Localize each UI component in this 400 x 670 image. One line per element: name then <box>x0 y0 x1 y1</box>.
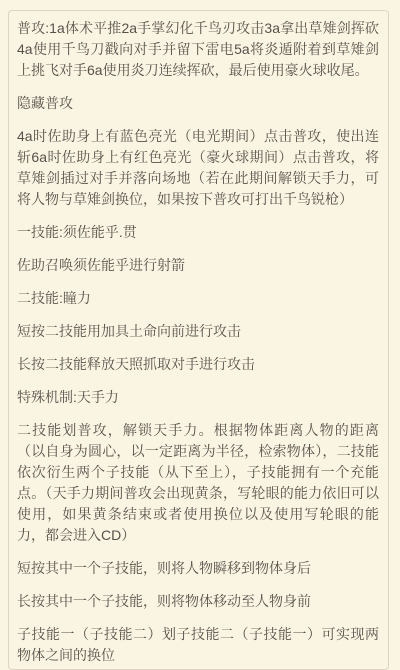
para-hidden-basic-attack-detail: 4a时佐助身上有蓝色亮光（电光期间）点击普攻，使出连斩6a时佐助身上有红色亮光（… <box>17 126 379 210</box>
heading-special-mechanic: 特殊机制:天手力 <box>17 387 379 408</box>
para-basic-attack: 普攻:1a体术平推2a手掌幻化千鸟刃攻击3a拿出草雉剑挥砍4a使用千鸟刀戳向对手… <box>17 18 379 81</box>
para-skill-two-short-press: 短按二技能用加具土命向前进行攻击 <box>17 321 379 342</box>
para-special-mechanic-detail: 二技能划普攻，解锁天手力。根据物体距离人物的距离（以自身为圆心，以一定距离为半径… <box>17 420 379 546</box>
heading-skill-two: 二技能:瞳力 <box>17 288 379 309</box>
para-skill-two-long-press: 长按二技能释放天照抓取对手进行攻击 <box>17 354 379 375</box>
para-sub-skill-short-press: 短按其中一个子技能，则将人物瞬移到物体身后 <box>17 558 379 579</box>
para-sub-skill-long-press: 长按其中一个子技能，则将物体移动至人物身前 <box>17 591 379 612</box>
heading-skill-one: 一技能:须佐能乎.贯 <box>17 222 379 243</box>
para-skill-one-detail: 佐助召唤须佐能乎进行射箭 <box>17 255 379 276</box>
heading-hidden-basic-attack: 隐藏普攻 <box>17 93 379 114</box>
guide-text-panel: 普攻:1a体术平推2a手掌幻化千鸟刃攻击3a拿出草雉剑挥砍4a使用千鸟刀戳向对手… <box>8 10 389 627</box>
